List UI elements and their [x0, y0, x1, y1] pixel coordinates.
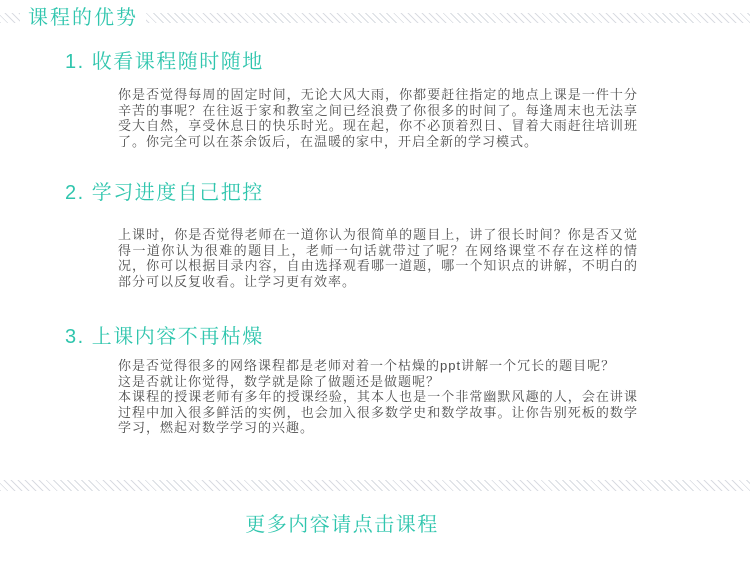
- section-1-heading: 1. 收看课程随时随地: [65, 50, 264, 74]
- footer: 更多内容请点击课程: [0, 512, 684, 538]
- course-advantages-page: 课程的优势 1. 收看课程随时随地 你是否觉得每周的固定时间，无论大风大雨，你都…: [0, 0, 750, 576]
- section-3-heading: 3. 上课内容不再枯燥: [65, 325, 264, 349]
- section-2-paragraph: 上课时，你是否觉得老师在一道你认为很简单的题目上，讲了很长时间？你是否又觉得一道…: [118, 227, 638, 289]
- section-1-paragraph: 你是否觉得每周的固定时间，无论大风大雨，你都要赶往指定的地点上课是一件十分辛苦的…: [118, 87, 638, 149]
- paragraph-text: 你是否觉得很多的网络课程都是老师对着一个枯燥的ppt讲解一个冗长的题目呢？: [118, 358, 638, 374]
- divider-hatch-bottom: [0, 480, 750, 491]
- paragraph-text: 上课时，你是否觉得老师在一道你认为很简单的题目上，讲了很长时间？你是否又觉得一道…: [118, 227, 638, 289]
- paragraph-text: 本课程的授课老师有多年的授课经验，其本人也是一个非常幽默风趣的人，会在讲课过程中…: [118, 389, 638, 436]
- more-content-link[interactable]: 更多内容请点击课程: [245, 514, 439, 536]
- section-3-paragraph: 你是否觉得很多的网络课程都是老师对着一个枯燥的ppt讲解一个冗长的题目呢？ 这是…: [118, 358, 638, 436]
- section-2-heading: 2. 学习进度自己把控: [65, 181, 264, 205]
- page-title: 课程的优势: [20, 4, 146, 32]
- paragraph-text: 你是否觉得每周的固定时间，无论大风大雨，你都要赶往指定的地点上课是一件十分辛苦的…: [118, 87, 638, 149]
- paragraph-text: 这是否就让你觉得，数学就是除了做题还是做题呢？: [118, 374, 638, 390]
